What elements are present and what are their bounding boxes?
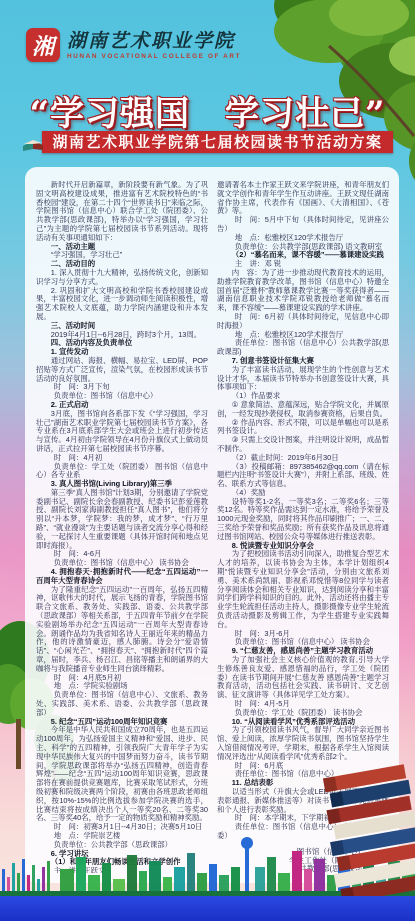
paragraph: 通过网站、海报、横幅、易拉宝、LED屏、POP招贴等方式广泛宣传，渲染气氛，在校…: [36, 357, 208, 383]
left-column: 新时代开启新篇章，新阶段要有新气象。为了巩固文明高校建设成果，推进富有艺术院校特…: [36, 181, 208, 873]
paragraph: 1. 深入贯彻十九大精神，弘扬传统文化，创新知识学习与分享方式。: [36, 269, 208, 287]
open-book-icon: [22, 132, 44, 152]
section-heading: 4. 拥抱春天·拥抱新时代——纪念“五四运动”一百周年大型青春诗会: [36, 568, 208, 586]
paragraph: 为了引领校园读书风气，督导广大同学亲近图书馆、爱上阅读，浓厚学院读书氛围，图书馆…: [217, 726, 389, 761]
banner-title: 湖南艺术职业学院第七届校园读书节活动方案: [52, 133, 382, 151]
college-logo: 湘 湖南艺术职业学院 HUNAN VOCATIONAL COLLEGE OF A…: [26, 28, 241, 62]
footer-bar: [0, 896, 415, 921]
paragraph: （3）投稿邮箱：897385462@qq.com（请在标题栏内注明“书签设计大赛…: [217, 463, 389, 489]
reading-festival-poster: 湘 湖南艺术职业学院 HUNAN VOCATIONAL COLLEGE OF A…: [0, 0, 415, 921]
content-panel: 新时代开启新篇章，新阶段要有新气象。为了巩固文明高校建设成果，推进富有艺术院校特…: [25, 167, 399, 883]
paragraph: ① 意象简洁、意蕴深远，贴合学院文化，并属原创，一经发现抄袭侵权，取消参赛资格，…: [217, 401, 389, 419]
paragraph: 时 间：5月中下旬（具体时间待定，见讲座公告）: [217, 216, 389, 234]
paragraph: 公共教学部(思政课部): [217, 865, 389, 873]
paragraph: ③ 只需上交设计图案，并注明设计说明，成品暂不制作。: [217, 436, 389, 454]
right-column: 邀请著名本土作家王跃文来学院讲座，和青年朋友们就文学创作和青年学生作互动讲座。王…: [217, 181, 389, 873]
college-name-en: HUNAN VOCATIONAL COLLEGE OF ART: [67, 53, 241, 60]
paragraph: 为了丰富读书活动，展现学生的个性创意与艺术设计才华，本届读书节特举办书创意签设计…: [217, 366, 389, 392]
paragraph: 负责单位：学工处（院团委） 图书馆（信息中心）各专业系: [36, 463, 208, 481]
paragraph: 新时代开启新篇章，新阶段要有新气象。为了巩固文明高校建设成果，推进富有艺术院校特…: [36, 181, 208, 243]
paragraph: 第三季“真人图书馆”计划3期，分别邀请了学院党委副书记、副院长余会春副教授、纪委…: [36, 489, 208, 551]
paragraph: 3月底，图书馆向各系部下发《“学习强国，学习壮己”湖南艺术职业学院第七届校园读书…: [36, 410, 208, 454]
seal-icon: 湘: [26, 28, 60, 62]
paragraph: 责任单位：图书馆（信息中心）公共教学部(思政课部): [217, 339, 389, 357]
paragraph: 负责单位：图书馆（信息中心）、文旅系、教务处、实践部、美术系、语委、公共教学部（…: [36, 691, 208, 717]
paragraph: ② 作品内容、形式不限，可以是单幅也可以是系列书签设计。: [217, 419, 389, 437]
paragraph: 今年是中华人民共和国成立70周年，也是五四运动100周年，为弘扬爱国主义精神和“…: [36, 726, 208, 823]
paragraph: 以适当形式（升旗大会或LED电子屏滚动播报、表彰通报、新媒体推送等）对读书节活动…: [217, 788, 389, 814]
paragraph: 为了加强社会主义核心价值观的教育,引导大学生修炼善良友爱、感恩惜福的品行，学工处…: [217, 656, 389, 700]
poster-title: “学习强国 学习壮己”: [0, 86, 415, 135]
paragraph: 内 容：为了进一步推动现代教育技术的运用，助推学院教育教学改革，图书馆（信息中心…: [217, 269, 389, 313]
paragraph: 主 讲：王跃文: [36, 867, 208, 873]
paragraph: 设特等奖1-2名，一等奖3名；二等奖6名；三等奖12名。特等奖作品需达到一定水准…: [217, 498, 389, 542]
paragraph: 邀请著名本土作家王跃文来学院讲座，和青年朋友们就文学创作和青年学生作互动讲座。王…: [217, 181, 389, 216]
paragraph: 为了隆重纪念“五四运动”一百周年，弘扬五四精神，讴歌伟大的时代，展示飞扬的青春，…: [36, 586, 208, 674]
paragraph: 责任单位：图书馆（信息中心） 学工处（院团委）: [217, 823, 389, 841]
paragraph: 为了把校园读书活动引向深入，助推复合型艺术人才的培养，以读书协会为主体，本学计划…: [217, 550, 389, 629]
paragraph: 时 间：6月初（具体时间待定，见信息中心即时海报）: [217, 313, 389, 331]
college-name: 湖南艺术职业学院: [67, 31, 241, 51]
banner: 湖南艺术职业学院第七届校园读书节活动方案: [42, 131, 393, 153]
paragraph: 2. 巩固和扩大文明高校和学院书香校园建设成果，丰富校园文化，进一步调动师生阅读…: [36, 287, 208, 322]
